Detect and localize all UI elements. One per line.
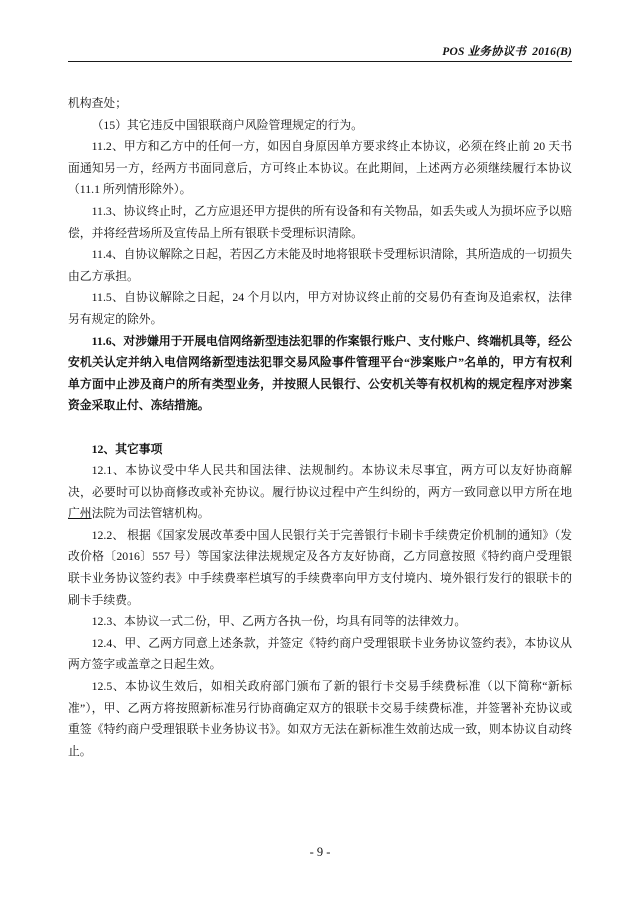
running-header-title: POS 业务协议书 2016(B): [68, 43, 572, 59]
paragraph-clause-11-6: 11.6、对涉嫌用于开展电信网络新型违法犯罪的作案银行账户、支付账户、终端机具等…: [68, 331, 572, 417]
paragraph-item-15: （15）其它违反中国银联商户风险管理规定的行为。: [68, 115, 572, 137]
paragraph-clause-11-3: 11.3、协议终止时，乙方应退还甲方提供的所有设备和有关物品，如丢失或人为损坏应…: [68, 201, 572, 244]
text-run: 11.5、自协议解除之日起，24 个月以内，甲方对协议终止前的交易仍有查询及追索…: [68, 290, 572, 326]
paragraph-clause-12-1: 12.1、本协议受中华人民共和国法律、法规制约。本协议未尽事宜，两方可以友好协商…: [68, 460, 572, 525]
header-divider-rule: [68, 61, 572, 62]
paragraph-lead-in-continuation: 机构查处；: [68, 93, 572, 115]
text-run: 11.4、自协议解除之日起，若因乙方未能及时地将银联卡受理标识清除，其所造成的一…: [68, 247, 572, 283]
paragraph-clause-12-5: 12.5、本协议生效后，如相关政府部门颁布了新的银行卡交易手续费标准（以下简称“…: [68, 676, 572, 762]
paragraph-clause-11-2: 11.2、甲方和乙方中的任何一方，如因自身原因单方要求终止本协议，必须在终止前 …: [68, 136, 572, 201]
text-run: 12.2、 根据《国家发展改革委中国人民银行关于完善银行卡刷卡手续费定价机制的通…: [68, 528, 572, 607]
page-number: - 9 -: [0, 845, 640, 860]
paragraph-clause-12-2: 12.2、 根据《国家发展改革委中国人民银行关于完善银行卡刷卡手续费定价机制的通…: [68, 525, 572, 611]
underlined-text-run: 广州: [68, 506, 92, 520]
text-run: 机构查处；: [68, 96, 127, 110]
paragraph-spacer-line: [68, 417, 572, 439]
text-run: 11.2、甲方和乙方中的任何一方，如因自身原因单方要求终止本协议，必须在终止前 …: [68, 139, 572, 196]
paragraph-clause-11-5: 11.5、自协议解除之日起，24 个月以内，甲方对协议终止前的交易仍有查询及追索…: [68, 287, 572, 330]
text-run: 法院为司法管辖机构。: [92, 506, 210, 520]
text-run: 12.4、甲、乙两方同意上述条款，并签定《特约商户受理银联卡业务协议签约表》，本…: [68, 636, 572, 672]
document-body: 机构查处；（15）其它违反中国银联商户风险管理规定的行为。11.2、甲方和乙方中…: [68, 93, 572, 762]
text-run: 12.3、本协议一式二份，甲、乙两方各执一份，均具有同等的法律效力。: [92, 614, 467, 628]
text-run: 11.3、协议终止时，乙方应退还甲方提供的所有设备和有关物品，如丢失或人为损坏应…: [68, 204, 572, 240]
text-run: 11.6、对涉嫌用于开展电信网络新型违法犯罪的作案银行账户、支付账户、终端机具等…: [68, 334, 572, 413]
paragraph-heading-12: 12、其它事项: [68, 439, 572, 461]
document-page: POS 业务协议书 2016(B) 机构查处；（15）其它违反中国银联商户风险管…: [0, 0, 640, 905]
text-run: 12.1、本协议受中华人民共和国法律、法规制约。本协议未尽事宜，两方可以友好协商…: [68, 463, 572, 499]
paragraph-clause-12-4: 12.4、甲、乙两方同意上述条款，并签定《特约商户受理银联卡业务协议签约表》，本…: [68, 633, 572, 676]
paragraph-clause-12-3: 12.3、本协议一式二份，甲、乙两方各执一份，均具有同等的法律效力。: [68, 611, 572, 633]
paragraph-clause-11-4: 11.4、自协议解除之日起，若因乙方未能及时地将银联卡受理标识清除，其所造成的一…: [68, 244, 572, 287]
text-run: （15）其它违反中国银联商户风险管理规定的行为。: [92, 118, 363, 132]
text-run: 12.5、本协议生效后，如相关政府部门颁布了新的银行卡交易手续费标准（以下简称“…: [68, 679, 572, 758]
text-run: 12、其它事项: [92, 442, 163, 456]
